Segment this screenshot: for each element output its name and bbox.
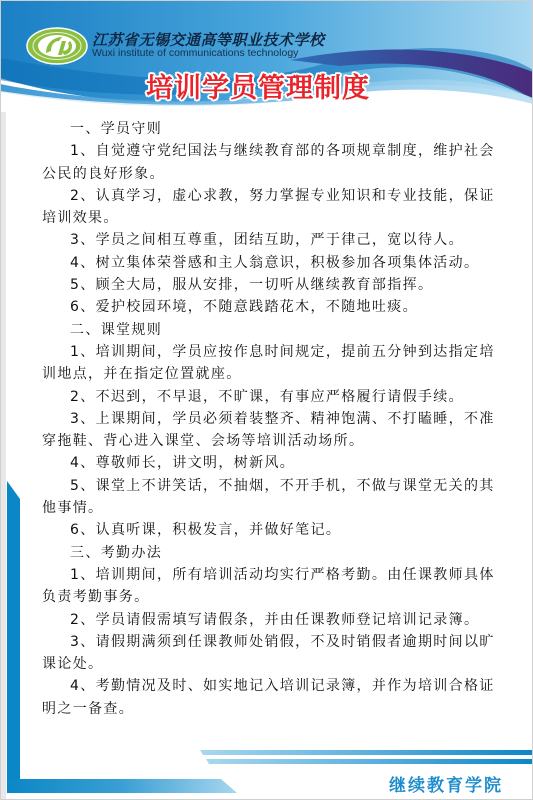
rule-item: 5、课堂上不讲笑话，不抽烟，不开手机，不做与课堂无关的其他事情。 [42,475,502,520]
footer-stripe [206,759,533,764]
footer-department-label: 继续教育学院 [389,771,503,796]
school-logo [26,27,88,65]
section-heading: 二、课堂规则 [42,319,502,341]
rule-item: 4、尊敬师长，讲文明，树新风。 [42,452,502,474]
rule-item: 4、树立集体荣誉感和主人翁意识，积极参加各项集体活动。 [42,252,502,274]
footer-stripe [200,750,533,755]
rule-item: 3、上课期间，学员必须着装整齐、精神饱满、不打瞌睡，不准穿拖鞋、背心进入课堂、会… [42,408,502,453]
rule-item: 1、自觉遵守党纪国法与继续教育部的各项规章制度，维护社会公民的良好形象。 [42,140,502,185]
rule-item: 4、考勤情况及时、如实地记入培训记录簿，并作为培训合格证明之一备查。 [42,675,502,720]
rule-item: 3、学员之间相互尊重，团结互助，严于律己，宽以待人。 [42,229,502,251]
rule-item: 2、不迟到，不早退，不旷课，有事应严格履行请假手续。 [42,386,502,408]
rule-item: 1、培训期间，所有培训活动均实行严格考勤。由任课教师具体负责考勤事务。 [42,564,502,609]
rules-content: 一、学员守则 1、自觉遵守党纪国法与继续教育部的各项规章制度，维护社会公民的良好… [42,118,502,720]
rule-item: 6、爱护校园环境，不随意践踏花木，不随地吐痰。 [42,296,502,318]
rule-item: 2、认真学习，虚心求教，努力掌握专业知识和专业技能，保证培训效果。 [42,185,502,230]
school-name-en: Wuxi institute of communications technol… [92,47,298,59]
left-accent-bar [7,481,20,793]
header-banner: 江苏省无锡交通高等职业技术学校 Wuxi institute of commun… [0,0,533,112]
bottom-accent-bar [7,779,237,793]
rule-item: 2、学员请假需填写请假条，并由任课教师登记培训记录簿。 [42,609,502,631]
page-title: 培训学员管理制度 [146,66,370,105]
section-heading: 一、学员守则 [42,118,502,140]
rule-item: 1、培训期间，学员应按作息时间规定，提前五分钟到达指定培训地点，并在指定位置就座… [42,341,502,386]
rule-item: 3、请假期满须到任课教师处销假，不及时销假者逾期时间以旷课论处。 [42,631,502,676]
section-heading: 三、考勤办法 [42,542,502,564]
rule-item: 5、顾全大局，服从安排，一切听从继续教育部指挥。 [42,274,502,296]
left-edge [0,0,6,800]
rule-item: 6、认真听课，积极发言，并做好笔记。 [42,519,502,541]
